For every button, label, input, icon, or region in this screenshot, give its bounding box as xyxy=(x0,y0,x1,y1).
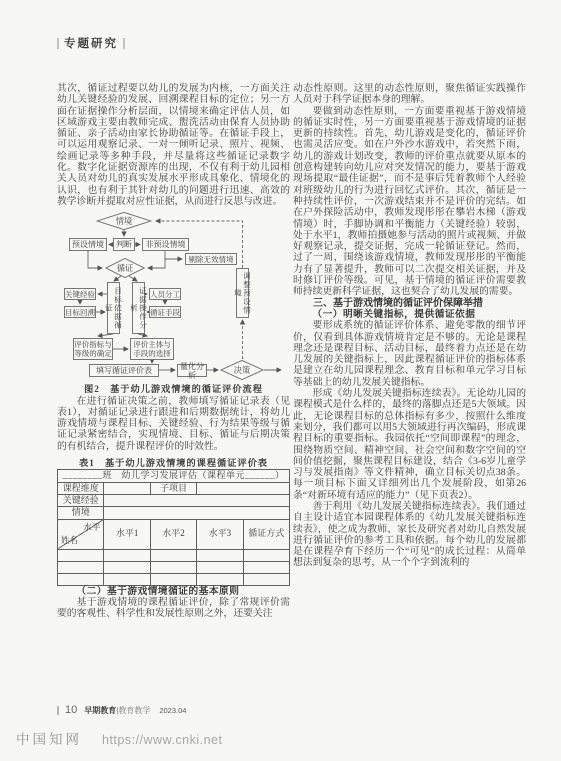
paragraph-form-continuum-table: 形成《幼儿发展关键指标连续表》。无论幼儿园的课程模式是什么样的，最终的落脚点还是… xyxy=(293,388,526,501)
subheading-basic-principles: （二）基于游戏情境循证的基本原则 xyxy=(57,586,290,597)
column-header: 专题研究 xyxy=(57,35,125,51)
table-cell-empty xyxy=(197,549,243,561)
flow-node-subject-method: 评价主体与手段的选择 xyxy=(130,338,174,360)
paragraph-before-decision: 在进行循证决策之前，教师填写循证记录表（见表1），对循证记录进行跟进和后期数据统… xyxy=(57,396,290,452)
table-cell-empty xyxy=(58,573,104,585)
page-footer: 10 早期教育 |教育教学 2023.04 xyxy=(57,704,186,716)
table-cell-empty xyxy=(104,549,150,561)
flow-node-remove-invalid: 剔除无效情境 xyxy=(185,253,237,265)
paragraph-dynamic-detail: 要做到动态性原则，一方面要重视基于游戏情境的循证实时性，另一方面要重视基于游戏情… xyxy=(293,106,526,298)
flow-node-key-experience: 关键经验 xyxy=(64,288,96,300)
flow-node-judge: 判断 xyxy=(113,238,135,251)
table-1-caption: 表1 基于幼儿游戏情境的课程循证评价表 xyxy=(57,458,290,469)
table-row: 课程维度 子项目 xyxy=(58,482,290,494)
flow-node-evidence: 循证 xyxy=(105,258,145,278)
flow-node-decision-label: 决策 xyxy=(220,360,264,380)
flow-node-nonpreset: 非预设情境 xyxy=(142,238,189,251)
table-row: 关键经验 xyxy=(58,494,290,506)
table-cell-empty xyxy=(243,561,289,573)
table-cell-empty xyxy=(104,561,150,573)
table-cell-empty xyxy=(150,549,196,561)
diagonal-bottom-label: 姓名 xyxy=(61,535,78,546)
table-title-cell: ________班 幼儿学习发展评估（课程单元______） xyxy=(58,470,290,482)
right-column: 动态性原则。这里的动态性原则，聚焦循证实践操作人员对于科学证据本身的理解。 要做… xyxy=(293,83,526,569)
left-column: 其次，循证过程要以幼儿的发展为内核，一方面关注幼儿关键经验的发展、回溯课程目标的… xyxy=(57,83,290,619)
flow-node-situation: 情境 xyxy=(96,212,152,230)
table-row: ________班 幼儿学习发展评估（课程单元______） xyxy=(58,470,290,482)
paragraph-use-continuum-table: 善于利用《幼儿发展关键指标连续表》。我们通过自主设计适宜本园课程体系的《幼儿发展… xyxy=(293,501,526,569)
table-cell-empty xyxy=(104,482,150,494)
column-header-label: 专题研究 xyxy=(59,35,123,51)
table-1: ________班 幼儿学习发展评估（课程单元______） 课程维度 子项目 … xyxy=(57,469,290,585)
table-cell-empty xyxy=(243,573,289,585)
flow-node-adjust-preset: 调整预设情境 xyxy=(236,268,249,318)
figure-2-caption: 图2 基于幼儿游戏情境的循证评价流程 xyxy=(57,384,290,395)
cnki-url: https://www.cnki.net xyxy=(102,733,222,747)
paragraph-principles-intro: 基于游戏情境的课程循证评价，除了常规评价需要的客观性、科学性和发展性原则之外，还… xyxy=(57,597,290,620)
table-cell-level1: 水平1 xyxy=(104,519,150,549)
table-row: 水平 姓名 水平1 水平2 水平3 循证方式 xyxy=(58,519,290,549)
table-cell-empty xyxy=(58,549,104,561)
journal-name: 早期教育 xyxy=(84,705,116,716)
table-row: 情境 xyxy=(58,507,290,519)
table-cell-empty xyxy=(197,573,243,585)
table-cell-empty xyxy=(104,573,150,585)
table-row xyxy=(58,561,290,573)
table-cell-key-experience: 关键经验 xyxy=(58,494,104,506)
section-heading-3: 三、基于游戏情境的循证评价保障举措 xyxy=(293,298,526,309)
flow-node-staff-division: 人员分工 xyxy=(149,288,181,300)
table-cell-diagonal-header: 水平 姓名 xyxy=(58,519,104,549)
table-cell-level2: 水平2 xyxy=(150,519,196,549)
footer-bar-icon xyxy=(57,706,59,715)
flow-node-evidence-label: 循证 xyxy=(105,258,145,278)
journal-section: |教育教学 xyxy=(116,705,150,716)
table-cell-empty xyxy=(197,482,290,494)
table-cell-empty xyxy=(58,561,104,573)
paragraph-indicator-system: 要形成系统的循证评价体系、避免零散的细节评价，仅看到具体游戏情境肯定是不够的。无… xyxy=(293,320,526,388)
table-row xyxy=(58,549,290,561)
cnki-brand: 中国知网 xyxy=(16,728,82,748)
flow-node-fill-form: 填写循证评价表 xyxy=(89,364,159,377)
flow-node-decision: 决策 xyxy=(220,360,264,380)
subheading-key-indicators: （一）明晰关键指标，提供循证依据 xyxy=(293,309,526,320)
table-cell-empty xyxy=(150,573,196,585)
table-cell-empty xyxy=(243,549,289,561)
figure-2-flowchart: 情境 预设情境 判断 非预设情境 剔除无效情境 循证 目标依据循证 证据操作分析… xyxy=(57,212,290,384)
diagonal-top-label: 水平 xyxy=(83,522,100,533)
flow-node-evidence-method: 循证手段 xyxy=(149,306,181,318)
header-right-bar-icon xyxy=(123,38,125,49)
table-row xyxy=(58,573,290,585)
flow-node-situation-label: 情境 xyxy=(96,212,152,230)
flow-node-indicator-level: 评价指标与等级的确定 xyxy=(73,338,113,360)
paragraph-evidence-process: 其次，循证过程要以幼儿的发展为内核，一方面关注幼儿关键经验的发展、回溯课程目标的… xyxy=(57,83,290,207)
table-cell-level3: 水平3 xyxy=(197,519,243,549)
journal-issue: 2023.04 xyxy=(159,706,186,715)
flow-node-preset: 预设情境 xyxy=(69,238,107,251)
flow-node-quantify: 量化分析 xyxy=(177,364,207,377)
table-cell-subitem: 子项目 xyxy=(150,482,196,494)
table-cell-empty xyxy=(104,507,290,519)
flow-node-goal-basis: 目标依据循证 xyxy=(107,282,120,334)
table-cell-dimension: 课程维度 xyxy=(58,482,104,494)
paragraph-dynamic-principle: 动态性原则。这里的动态性原则，聚焦循证实践操作人员对于科学证据本身的理解。 xyxy=(293,83,526,106)
table-cell-situation: 情境 xyxy=(58,507,104,519)
table-cell-empty xyxy=(197,561,243,573)
flow-node-goal-trace: 目标回溯 xyxy=(64,306,96,318)
table-cell-empty xyxy=(150,561,196,573)
cnki-watermark: 中国知网 https://www.cnki.net xyxy=(16,728,222,748)
page-number: 10 xyxy=(65,704,77,716)
table-cell-method: 循证方式 xyxy=(243,519,289,549)
table-cell-empty xyxy=(104,494,290,506)
flow-node-evidence-analysis: 证据操作分析 xyxy=(132,282,145,334)
